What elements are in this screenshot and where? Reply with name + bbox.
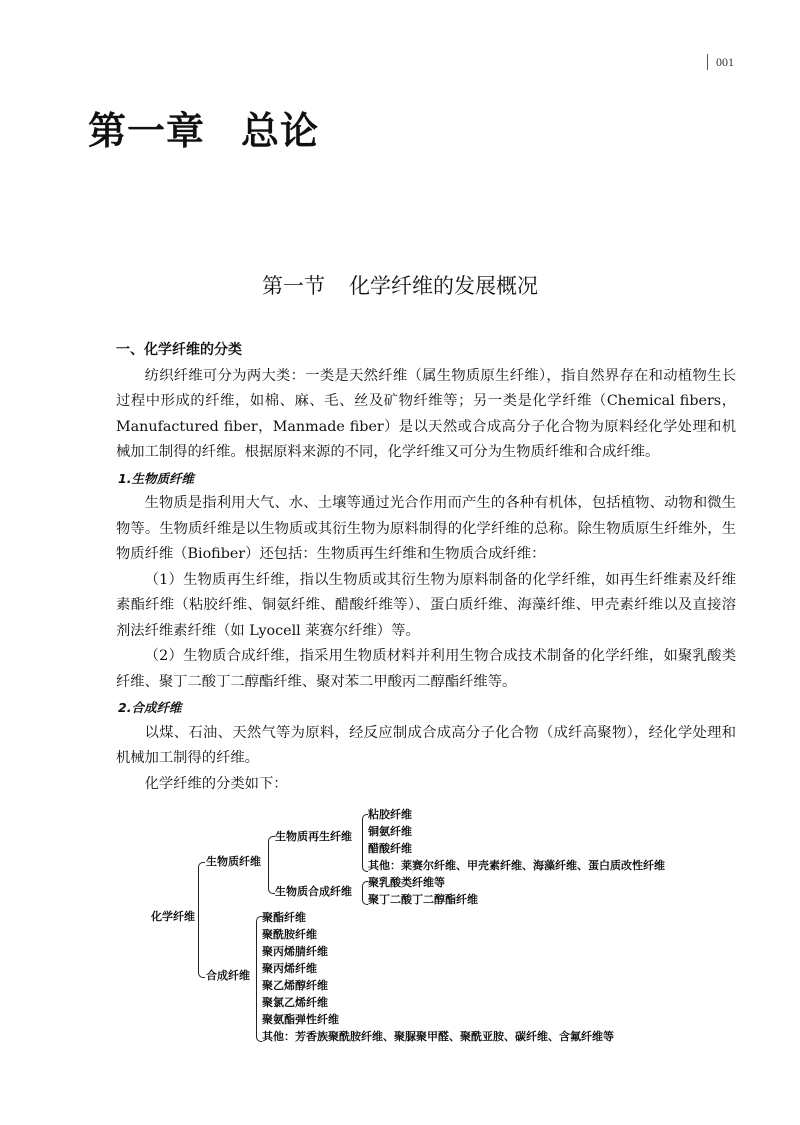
tree-leaf: 聚丁二酸丁二醇酯纤维 [368, 893, 478, 907]
tree-leaf: 聚氨酯弹性纤维 [262, 1013, 339, 1027]
classification-tree: 化学纤维 生物质纤维 生物质再生纤维 粘胶纤维 铜氨纤维 醋酸纤维 其他：莱赛尔… [0, 0, 800, 1125]
brace-icon [198, 862, 205, 978]
tree-leaf: 聚乙烯醇纤维 [262, 979, 328, 993]
tree-node-bio: 生物质纤维 [206, 855, 261, 869]
tree-leaf: 聚丙烯腈纤维 [262, 945, 328, 959]
tree-leaf: 聚氯乙烯纤维 [262, 996, 328, 1010]
tree-leaf: 铜氨纤维 [368, 825, 412, 839]
tree-leaf: 其他：莱赛尔纤维、甲壳素纤维、海藻纤维、蛋白质改性纤维 [368, 859, 665, 873]
tree-leaf: 醋酸纤维 [368, 842, 412, 856]
tree-root: 化学纤维 [151, 910, 195, 924]
tree-leaf: 聚酯纤维 [262, 911, 306, 925]
tree-node-bio-regen: 生物质再生纤维 [275, 830, 352, 844]
tree-leaf: 其他：芳香族聚酰胺纤维、聚脲聚甲醛、聚酰亚胺、碳纤维、含氟纤维等 [262, 1030, 614, 1044]
tree-leaf: 粘胶纤维 [368, 808, 412, 822]
tree-node-bio-synth: 生物质合成纤维 [275, 885, 352, 899]
tree-leaf: 聚乳酸类纤维等 [368, 876, 445, 890]
tree-node-synth: 合成纤维 [206, 969, 250, 983]
tree-leaf: 聚丙烯纤维 [262, 962, 317, 976]
tree-leaf: 聚酰胺纤维 [262, 928, 317, 942]
brace-icon [268, 836, 275, 894]
